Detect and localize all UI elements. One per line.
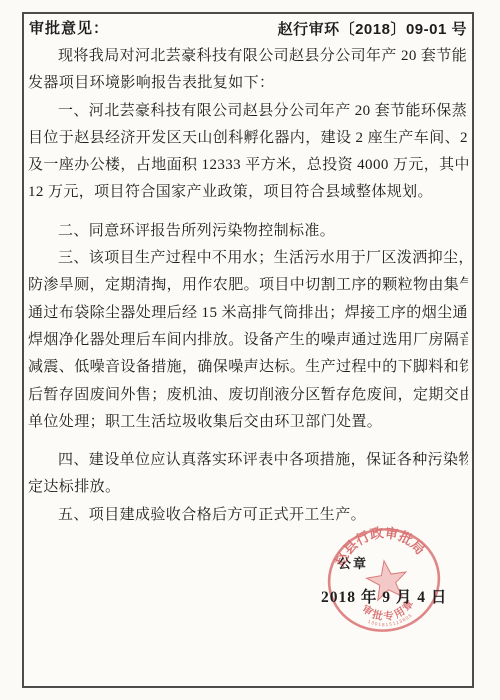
body-line: 二、同意环评报告所列污染物控制标准。 (28, 218, 468, 245)
body-line: 一、河北芸豪科技有限公司赵县分公司年产 20 套节能环保蒸发器项 (28, 98, 468, 125)
body-line: 焊烟净化器处理后车间内排放。设备产生的噪声通过选用厂房隔音、基础 (28, 327, 468, 354)
document-body: 现将我局对河北芸豪科技有限公司赵县分公司年产 20 套节能环保蒸发器项目环境影响… (28, 43, 468, 529)
body-line: 单位处理；职工生活垃圾收集后交由环卫部门处置。 (28, 409, 468, 436)
official-seal: 赵县行政审批局 审批专用章 1301815113805 (316, 515, 452, 644)
body-line: 减震、低噪音设备措施，确保噪声达标。生产过程中的下脚料和铁屑收集 (28, 354, 468, 381)
body-line: 12 万元，项目符合国家产业政策，项目符合县域整体规划。 (28, 179, 468, 206)
scanned-approval-page: { "header": { "label": "审批意见：", "doc_num… (0, 0, 500, 700)
document-header: 审批意见： 赵行审环〔2018〕09-01 号 (28, 16, 468, 43)
body-line: 发器项目环境影响报告表批复如下： (28, 70, 468, 97)
body-line: 通过布袋除尘器处理后经 15 米高排气筒排出；焊接工序的烟尘通过移动式 (28, 300, 468, 327)
body-line: 三、该项目生产过程中不用水；生活污水用于厂区泼洒抑尘，厂区设 (28, 245, 468, 272)
doc-number: 赵行审环〔2018〕09-01 号 (278, 16, 467, 43)
stamp-label: 公章 (338, 553, 368, 572)
section-label: 审批意见： (29, 16, 109, 43)
body-line: 目位于赵县经济开发区天山创科孵化器内，建设 2 座生产车间、2 座库房 (28, 125, 468, 152)
stamp-date: 2018 年 9 月 4 日 (321, 585, 447, 607)
body-line: 现将我局对河北芸豪科技有限公司赵县分公司年产 20 套节能环保蒸 (28, 43, 468, 70)
body-line: 四、建设单位应认真落实环评表中各项措施，保证各种污染物长期稳 (28, 447, 468, 474)
body-line: 后暂存固废间外售；废机油、废切削液分区暂存危废间，定期交由有资质 (28, 382, 468, 409)
body-line: 定达标排放。 (28, 474, 468, 501)
body-line: 及一座办公楼，占地面积 12333 平方米，总投资 4000 万元，其中环保投资 (28, 152, 468, 179)
body-line: 防渗旱厕，定期清掏，用作农肥。项目中切割工序的颗粒物由集气罩收集 (28, 272, 468, 299)
document-content: 审批意见： 赵行审环〔2018〕09-01 号 现将我局对河北芸豪科技有限公司赵… (28, 16, 468, 529)
